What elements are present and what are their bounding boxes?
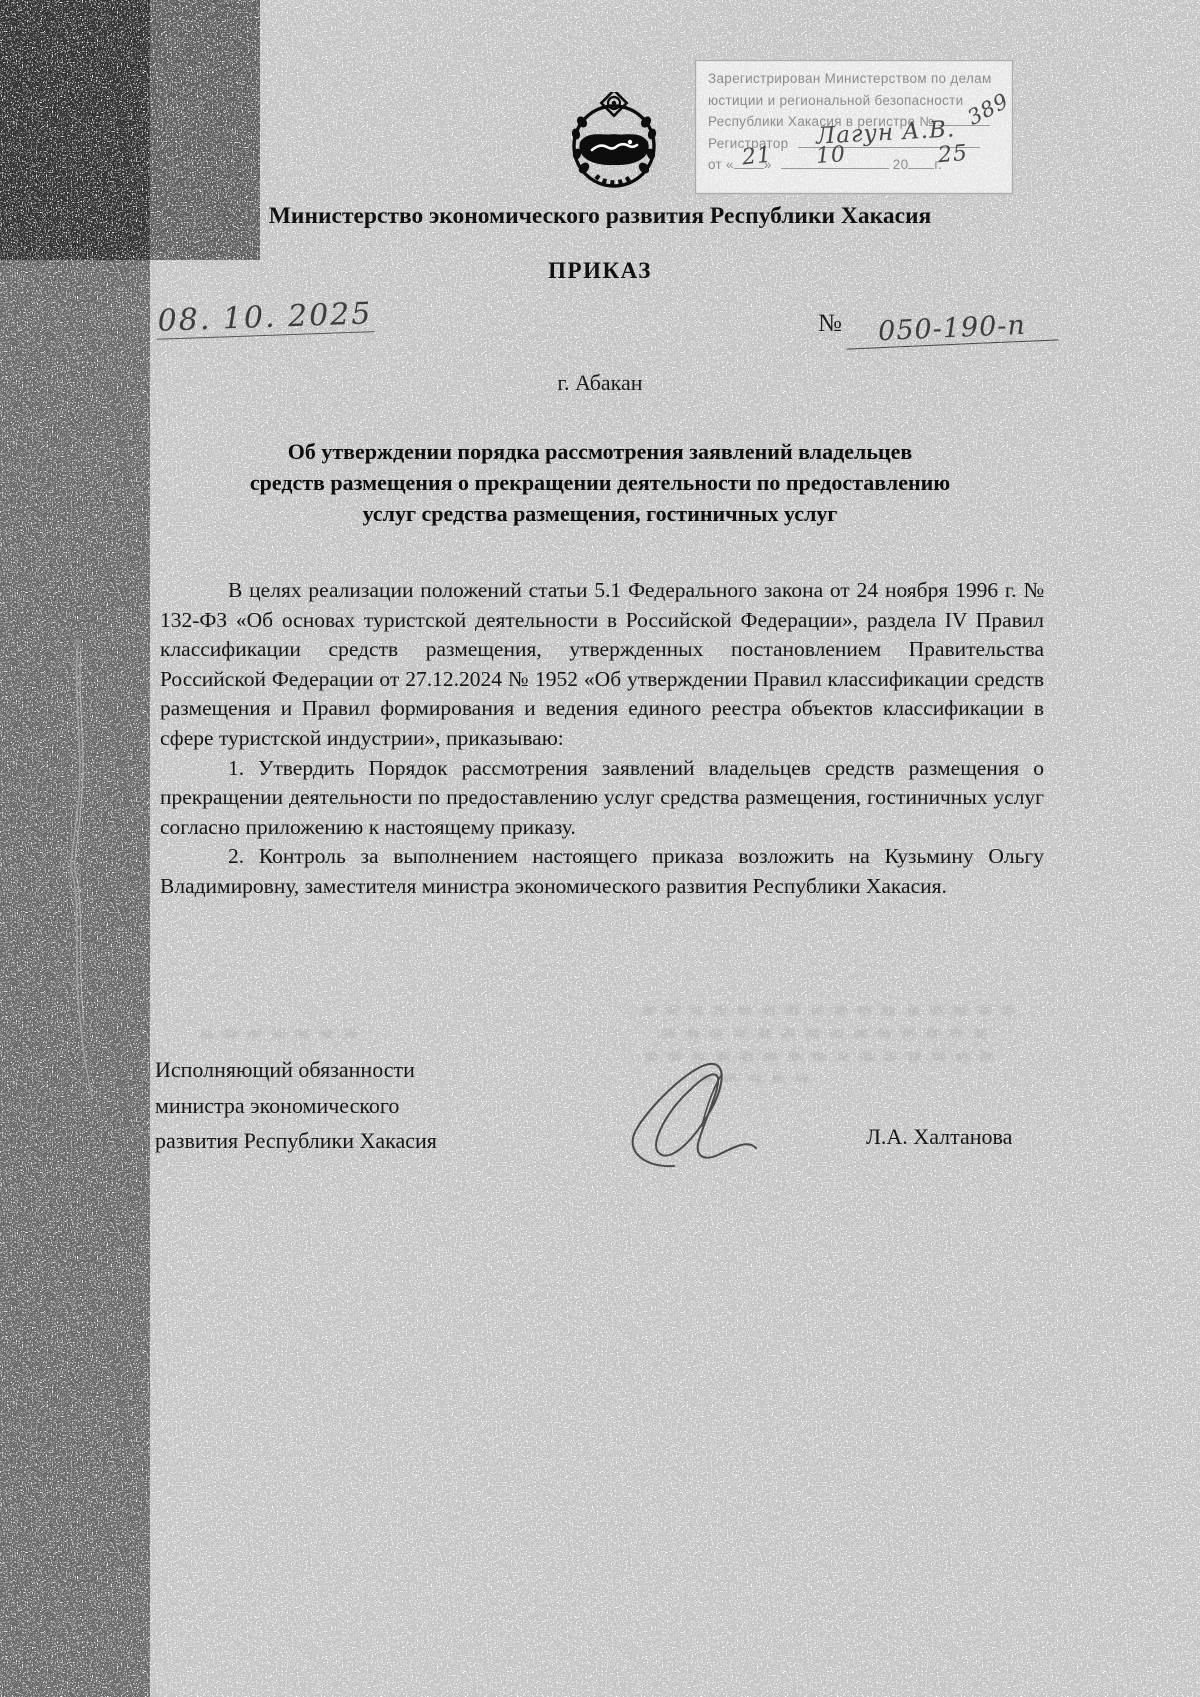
document-title-line-2: средств размещения о прекращении деятель… bbox=[0, 467, 1200, 498]
document-title-line-3: услуг средства размещения, гостиничных у… bbox=[0, 498, 1200, 529]
ministry-name: Министерство экономического развития Рес… bbox=[0, 203, 1200, 230]
bleedthrough-smudge bbox=[642, 1006, 1024, 1015]
handwritten-stamp-month: 10 bbox=[815, 144, 846, 168]
stamp-line-date: от «» 20г. 21 10 25 bbox=[708, 154, 1012, 176]
signatory-position: Исполняющий обязанности министра экономи… bbox=[155, 1052, 515, 1159]
signatory-name: Л.А. Халтанова bbox=[866, 1124, 1012, 1150]
stamp-line-1: Зарегистрирован Министерством по делам bbox=[708, 68, 1012, 90]
handwritten-stamp-year: 25 bbox=[937, 143, 969, 167]
bleedthrough-smudge bbox=[662, 1029, 992, 1038]
body-paragraph-item-1: 1. Утвердить Порядок рассмотрения заявле… bbox=[160, 754, 1044, 843]
order-number-line: № 050-190-п bbox=[818, 310, 1080, 345]
khakassia-coat-of-arms-icon bbox=[558, 92, 670, 190]
signatory-position-line-1: Исполняющий обязанности bbox=[155, 1052, 515, 1088]
document-title: Об утверждении порядка рассмотрения заяв… bbox=[0, 436, 1200, 529]
body-paragraph-item-2: 2. Контроль за выполнением настоящего пр… bbox=[160, 842, 1044, 901]
handwritten-order-date: 08. 10. 2025 bbox=[155, 296, 374, 340]
document-type-heading: ПРИКАЗ bbox=[0, 258, 1200, 284]
document-title-line-1: Об утверждении порядка рассмотрения заяв… bbox=[0, 436, 1200, 467]
scanned-order-page: Зарегистрирован Министерством по делам ю… bbox=[0, 0, 1200, 1697]
registration-stamp: Зарегистрирован Министерством по делам ю… bbox=[695, 60, 1013, 194]
handwritten-stamp-day: 21 bbox=[741, 144, 773, 169]
handwritten-signature bbox=[606, 1056, 816, 1174]
city-label: г. Абакан bbox=[0, 370, 1200, 396]
signatory-position-line-2: министра экономического bbox=[155, 1088, 515, 1124]
signatory-position-line-3: развития Республики Хакасия bbox=[155, 1123, 515, 1159]
body-paragraph-preamble: В целях реализации положений статьи 5.1 … bbox=[160, 576, 1044, 754]
order-body: В целях реализации положений статьи 5.1 … bbox=[160, 576, 1044, 902]
bleedthrough-smudge bbox=[200, 1030, 368, 1038]
number-sign: № bbox=[818, 310, 842, 337]
scan-crease-artifact bbox=[40, 590, 130, 1100]
handwritten-order-number: 050-190-п bbox=[845, 308, 1058, 349]
